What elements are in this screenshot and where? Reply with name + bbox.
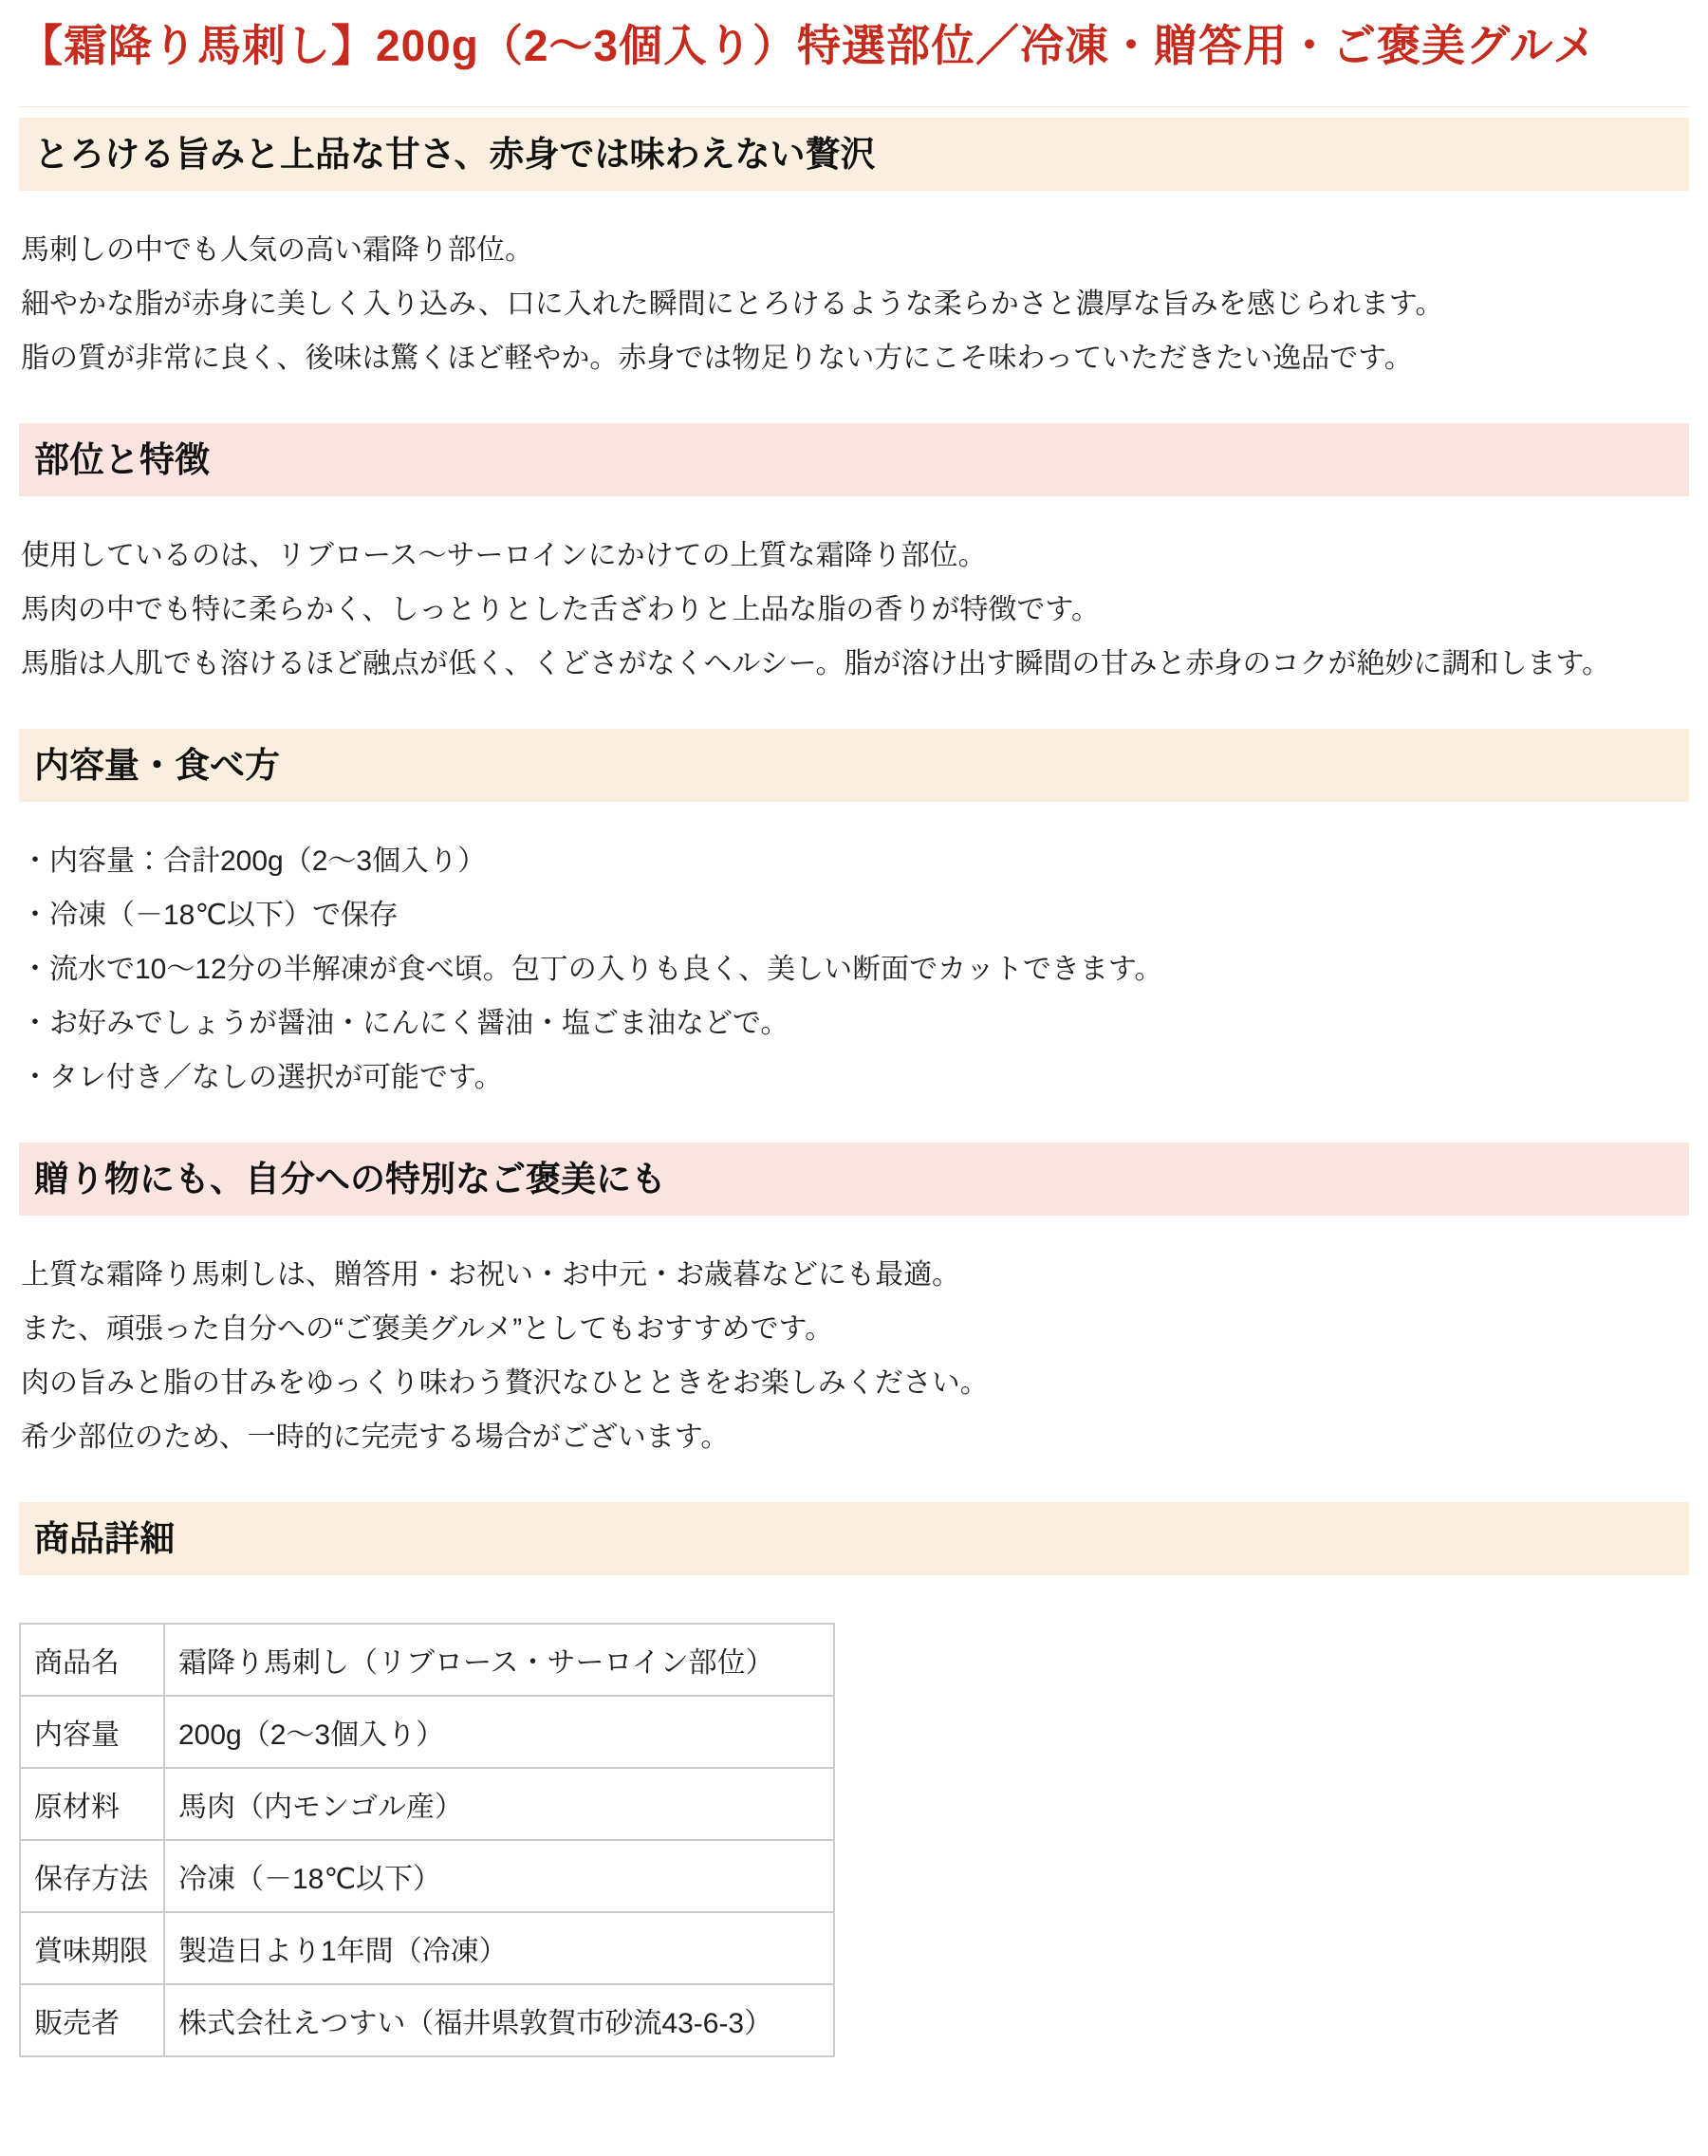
row-value: 製造日より1年間（冷凍）	[164, 1912, 834, 1984]
product-details-table: 商品名 霜降り馬刺し（リブロース・サーロイン部位） 内容量 200g（2〜3個入…	[19, 1623, 835, 2057]
body-line: また、頑張った自分への“ご褒美グルメ”としてもおすすめです。	[21, 1302, 1687, 1356]
body-line: 馬刺しの中でも人気の高い霜降り部位。	[21, 223, 1687, 277]
section-heading: とろける旨みと上品な甘さ、赤身では味わえない贅沢	[19, 118, 1689, 191]
section-product-details: 商品詳細 商品名 霜降り馬刺し（リブロース・サーロイン部位） 内容量 200g（…	[19, 1502, 1689, 2057]
row-value: 株式会社えつすい（福井県敦賀市砂流43-6-3）	[164, 1984, 834, 2056]
body-line: 肉の旨みと脂の甘みをゆっくり味わう贅沢なひとときをお楽しみください。	[21, 1356, 1687, 1410]
table-row: 原材料 馬肉（内モンゴル産）	[20, 1768, 834, 1840]
row-label: 原材料	[20, 1768, 164, 1840]
bullet-line: ・内容量：合計200g（2〜3個入り）	[21, 834, 1687, 888]
table-row: 内容量 200g（2〜3個入り）	[20, 1696, 834, 1768]
row-label: 内容量	[20, 1696, 164, 1768]
body-line: 使用しているのは、リブロース〜サーロインにかけての上質な霜降り部位。	[21, 529, 1687, 583]
row-value: 冷凍（－18℃以下）	[164, 1840, 834, 1912]
bullet-line: ・お好みでしょうが醤油・にんにく醤油・塩ごま油などで。	[21, 996, 1687, 1050]
section-body: 上質な霜降り馬刺しは、贈答用・お祝い・お中元・お歳暮などにも最適。 また、頑張っ…	[21, 1248, 1687, 1464]
section-heading: 商品詳細	[19, 1502, 1689, 1575]
body-line: 希少部位のため、一時的に完売する場合がございます。	[21, 1410, 1687, 1464]
row-value: 200g（2〜3個入り）	[164, 1696, 834, 1768]
body-line: 脂の質が非常に良く、後味は驚くほど軽やか。赤身では物足りない方にこそ味わっていた…	[21, 331, 1687, 385]
body-line: 馬肉の中でも特に柔らかく、しっとりとした舌ざわりと上品な脂の香りが特徴です。	[21, 583, 1687, 637]
section-body: 使用しているのは、リブロース〜サーロインにかけての上質な霜降り部位。 馬肉の中で…	[21, 529, 1687, 691]
title-divider	[19, 106, 1689, 107]
row-label: 商品名	[20, 1624, 164, 1696]
section-heading: 部位と特徴	[19, 423, 1689, 496]
section-body: 馬刺しの中でも人気の高い霜降り部位。 細やかな脂が赤身に美しく入り込み、口に入れ…	[21, 223, 1687, 385]
body-line: 細やかな脂が赤身に美しく入り込み、口に入れた瞬間にとろけるような柔らかさと濃厚な…	[21, 277, 1687, 331]
table-row: 販売者 株式会社えつすい（福井県敦賀市砂流43-6-3）	[20, 1984, 834, 2056]
body-line: 馬脂は人肌でも溶けるほど融点が低く、くどさがなくヘルシー。脂が溶け出す瞬間の甘み…	[21, 637, 1687, 691]
section-appeal: とろける旨みと上品な甘さ、赤身では味わえない贅沢 馬刺しの中でも人気の高い霜降り…	[19, 118, 1689, 385]
body-line: 上質な霜降り馬刺しは、贈答用・お祝い・お中元・お歳暮などにも最適。	[21, 1248, 1687, 1302]
table-row: 商品名 霜降り馬刺し（リブロース・サーロイン部位）	[20, 1624, 834, 1696]
row-label: 販売者	[20, 1984, 164, 2056]
product-description-page: 【霜降り馬刺し】200g（2〜3個入り）特選部位／冷凍・贈答用・ご褒美グルメ と…	[0, 0, 1708, 2084]
section-heading: 贈り物にも、自分への特別なご褒美にも	[19, 1143, 1689, 1216]
row-label: 賞味期限	[20, 1912, 164, 1984]
section-heading: 内容量・食べ方	[19, 729, 1689, 802]
bullet-line: ・流水で10〜12分の半解凍が食べ頃。包丁の入りも良く、美しい断面でカットできま…	[21, 942, 1687, 996]
bullet-line: ・冷凍（－18℃以下）で保存	[21, 888, 1687, 942]
section-volume-howto: 内容量・食べ方 ・内容量：合計200g（2〜3個入り） ・冷凍（－18℃以下）で…	[19, 729, 1689, 1105]
row-value: 馬肉（内モンゴル産）	[164, 1768, 834, 1840]
table-row: 賞味期限 製造日より1年間（冷凍）	[20, 1912, 834, 1984]
section-cut-features: 部位と特徴 使用しているのは、リブロース〜サーロインにかけての上質な霜降り部位。…	[19, 423, 1689, 691]
section-body: ・内容量：合計200g（2〜3個入り） ・冷凍（－18℃以下）で保存 ・流水で1…	[21, 834, 1687, 1105]
table-row: 保存方法 冷凍（－18℃以下）	[20, 1840, 834, 1912]
row-value: 霜降り馬刺し（リブロース・サーロイン部位）	[164, 1624, 834, 1696]
product-title: 【霜降り馬刺し】200g（2〜3個入り）特選部位／冷凍・贈答用・ご褒美グルメ	[19, 19, 1689, 72]
section-gift: 贈り物にも、自分への特別なご褒美にも 上質な霜降り馬刺しは、贈答用・お祝い・お中…	[19, 1143, 1689, 1464]
bullet-line: ・タレ付き／なしの選択が可能です。	[21, 1050, 1687, 1105]
row-label: 保存方法	[20, 1840, 164, 1912]
